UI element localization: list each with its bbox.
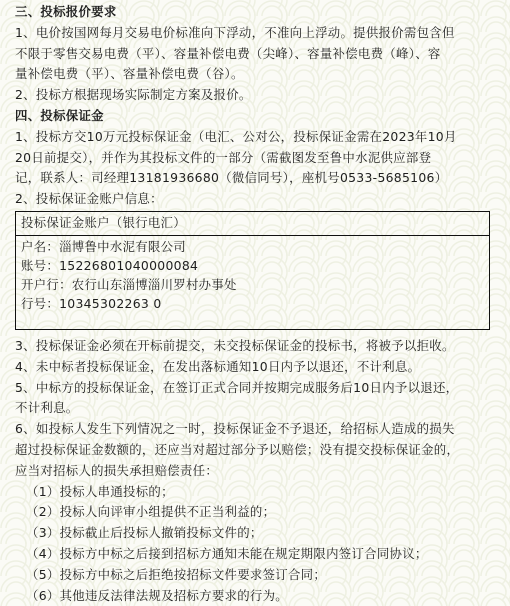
section-4-heading: 四、投标保证金 bbox=[15, 106, 495, 127]
section-3-para-1: 不限于零售交易电费（平）、容量补偿电费（尖峰）、容量补偿电费（峰）、容 bbox=[15, 44, 495, 65]
section-4-para-1: 记，联系人：司经理13181936680（微信同号），座机号0533-56851… bbox=[15, 168, 495, 189]
bank-box-header: 投标保证金账户（银行电汇） bbox=[16, 212, 489, 236]
condition-item: （4）投标方中标之后接到招标方通知未能在规定期限内签订合同协议； bbox=[15, 544, 495, 565]
condition-item: （3）投标截止后投标人撤销投标文件的； bbox=[15, 523, 495, 544]
section-3-para-2: 2、投标方根据现场实际制定方案及报价。 bbox=[15, 85, 495, 106]
document-body: 三、投标报价要求 1、电价按国网每月交易电价标准向下浮动，不准向上浮动。提供报价… bbox=[15, 2, 495, 568]
section-4-para-1: 20日前提交），并作为其投标文件的一部分（需截图发至鲁中水泥供应部登 bbox=[15, 148, 495, 169]
section-4-para-3: 3、投标保证金必须在开标前提交，未交投标保证金的投标书，将被予以拒收。 bbox=[15, 336, 495, 357]
section-3-para-1: 1、电价按国网每月交易电价标准向下浮动，不准向上浮动。提供报价需包含但 bbox=[15, 23, 495, 44]
section-4-para-1: 1、投标方交10万元投标保证金（电汇、公对公，投标保证金需在2023年10月 bbox=[15, 127, 495, 148]
section-4-para-5: 不计利息。 bbox=[15, 398, 495, 419]
account-name: 户名：淄博鲁中水泥有限公司 bbox=[21, 237, 484, 256]
section-4-para-2: 2、投标保证金账户信息： bbox=[15, 189, 495, 210]
section-3-para-1: 量补偿电费（平）、容量补偿电费（谷）。 bbox=[15, 64, 495, 85]
section-4-para-5: 5、中标方的投标保证金，在签订正式合同并按期完成服务后10日内予以退还， bbox=[15, 378, 495, 399]
condition-item: （1）投标人串通投标的； bbox=[15, 482, 495, 503]
section-4-para-4: 4、未中标者投标保证金，在发出落标通知10日内予以退还，不计利息。 bbox=[15, 357, 495, 378]
bank-box-body: 户名：淄博鲁中水泥有限公司 账号：15226801040000084 开户行：农… bbox=[16, 236, 489, 329]
account-number: 账号：15226801040000084 bbox=[21, 256, 484, 275]
section-4-para-6: 超过投标保证金数额的，还应当对超过部分予以赔偿；没有提交投标保证金的， bbox=[15, 440, 495, 461]
section-4-para-6: 6、如投标人发生下列情况之一时，投标保证金不予退还，给招标人造成的损失 bbox=[15, 419, 495, 440]
condition-item: （2）投标人向评审小组提供不正当利益的； bbox=[15, 502, 495, 523]
bank-code: 行号：10345302263 0 bbox=[21, 294, 484, 313]
section-3-heading: 三、投标报价要求 bbox=[15, 2, 495, 23]
section-4-para-6: 应当对招标人的损失承担赔偿责任： bbox=[15, 461, 495, 482]
bank-account-box: 投标保证金账户（银行电汇） 户名：淄博鲁中水泥有限公司 账号：152268010… bbox=[15, 211, 490, 330]
bank-branch: 开户行：农行山东淄博淄川罗村办事处 bbox=[21, 275, 484, 294]
